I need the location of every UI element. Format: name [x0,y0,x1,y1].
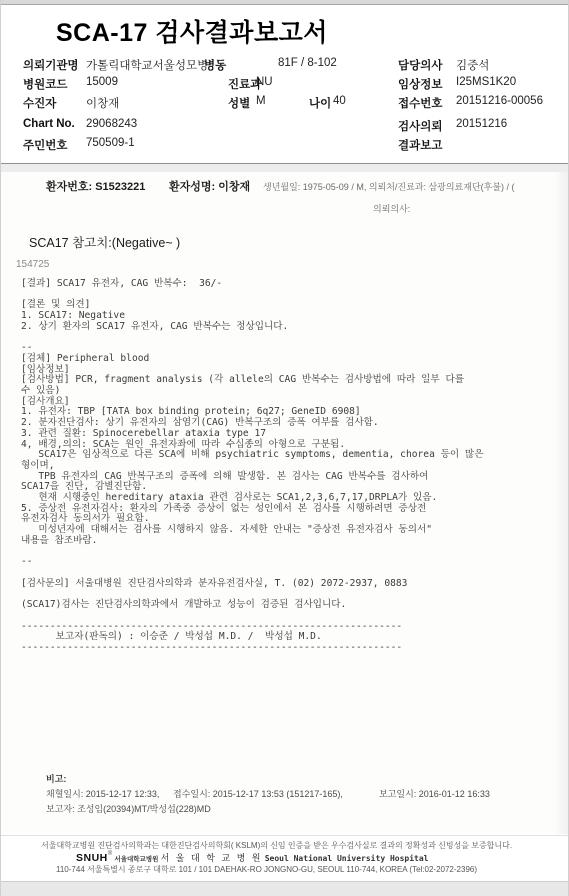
clinical-label: 임상정보 [398,76,442,92]
ward-label: 병동 [204,57,226,73]
window-top-bar [1,0,568,5]
scan-area: 환자번호: S1523221 환자성명: 이창재 생년월일: 1975-05-0… [1,172,568,834]
doctor-value: 김중석 [456,57,489,73]
footer-divider [1,835,568,836]
jumin-label: 주민번호 [23,137,67,153]
report-body-text: [결과] SCA17 유전자, CAG 반복수: 36/- [결론 및 의견] … [21,279,483,654]
patient-value: 이창재 [86,95,119,111]
patient-number: 환자번호: S1523221 [46,178,145,194]
req-org-value: 가톨릭대학교서울성모병 [86,57,208,73]
remarks-reporter: 보고자: 조성임(20394)MT/박성섭(228)MD [46,802,211,815]
receipt-label: 접수번호 [398,95,442,111]
receipt-value: 20151216-00056 [456,95,543,107]
hospital-logo-line: SNUH® 서울대학교병원 서 울 대 학 교 병 원 Seoul Nation… [76,851,428,864]
report-date-label: 결과보고 [398,137,442,153]
doctor-label: 담당의사 [398,57,442,73]
hosp-code-value: 15009 [86,76,118,88]
chart-no-value: 29068243 [86,118,137,130]
hospital-name-kr: 서 울 대 학 교 병 원 [161,853,263,863]
reference-range-line: SCA17 참고치:(Negative~ ) [29,233,180,251]
collected-at: 채혈일시: 2015-12-17 12:33, [46,787,159,800]
age-value: 40 [333,95,346,107]
page-title: SCA-17 검사결과보고서 [56,13,328,49]
patient-label: 수진자 [23,95,56,111]
footer-address: 110-744 서울특별시 종로구 대학로 101 / 101 DAEHAK-R… [56,864,477,875]
accreditation-text: 서울대학교병원 진단검사의학과는 대한진단검사의학회( KSLM)의 신임 인증… [41,840,512,851]
bottom-bar [1,881,568,896]
birth-info: 생년월일: 1975-05-09 / M, 의뢰처/진료과: 삼광의료재단(후불… [263,180,515,193]
req-org-label: 의뢰기관명 [23,57,79,73]
sex-value: M [256,95,266,107]
patient-name: 환자성명: 이창재 [169,178,250,194]
report-page: SCA-17 검사결과보고서 의뢰기관명 가톨릭대학교서울성모병 병동 81F … [0,0,569,896]
dept-value: NU [256,76,273,88]
scan-edge-shadow [554,172,568,834]
jumin-value: 750509-1 [86,137,135,149]
hospital-name-en: Seoul National University Hospital [265,854,429,863]
section-divider-gap [1,164,568,172]
remarks-label: 비고: [46,772,66,785]
ward-value: 81F / 8-102 [278,57,337,69]
chart-no-label: Chart No. [23,118,75,130]
referring-doctor: 의뢰의사: [373,202,410,215]
sex-label: 성별 [228,95,250,111]
snuh-logo: SNUH [76,852,108,864]
order-label: 검사의뢰 [398,118,442,134]
received-at: 접수일시: 2015-12-17 13:53 (151217-165), [173,787,343,800]
reported-at: 보고일시: 2016-01-12 16:33 [379,787,490,800]
order-value: 20151216 [456,118,507,130]
snuh-registered-mark: ® [108,851,112,857]
age-label: 나이 [309,95,331,111]
specimen-number: 154725 [16,259,49,270]
snuh-logo-small-text: 서울대학교병원 [114,856,158,863]
clinical-value: I25MS1K20 [456,76,516,88]
hosp-code-label: 병원코드 [23,76,67,92]
